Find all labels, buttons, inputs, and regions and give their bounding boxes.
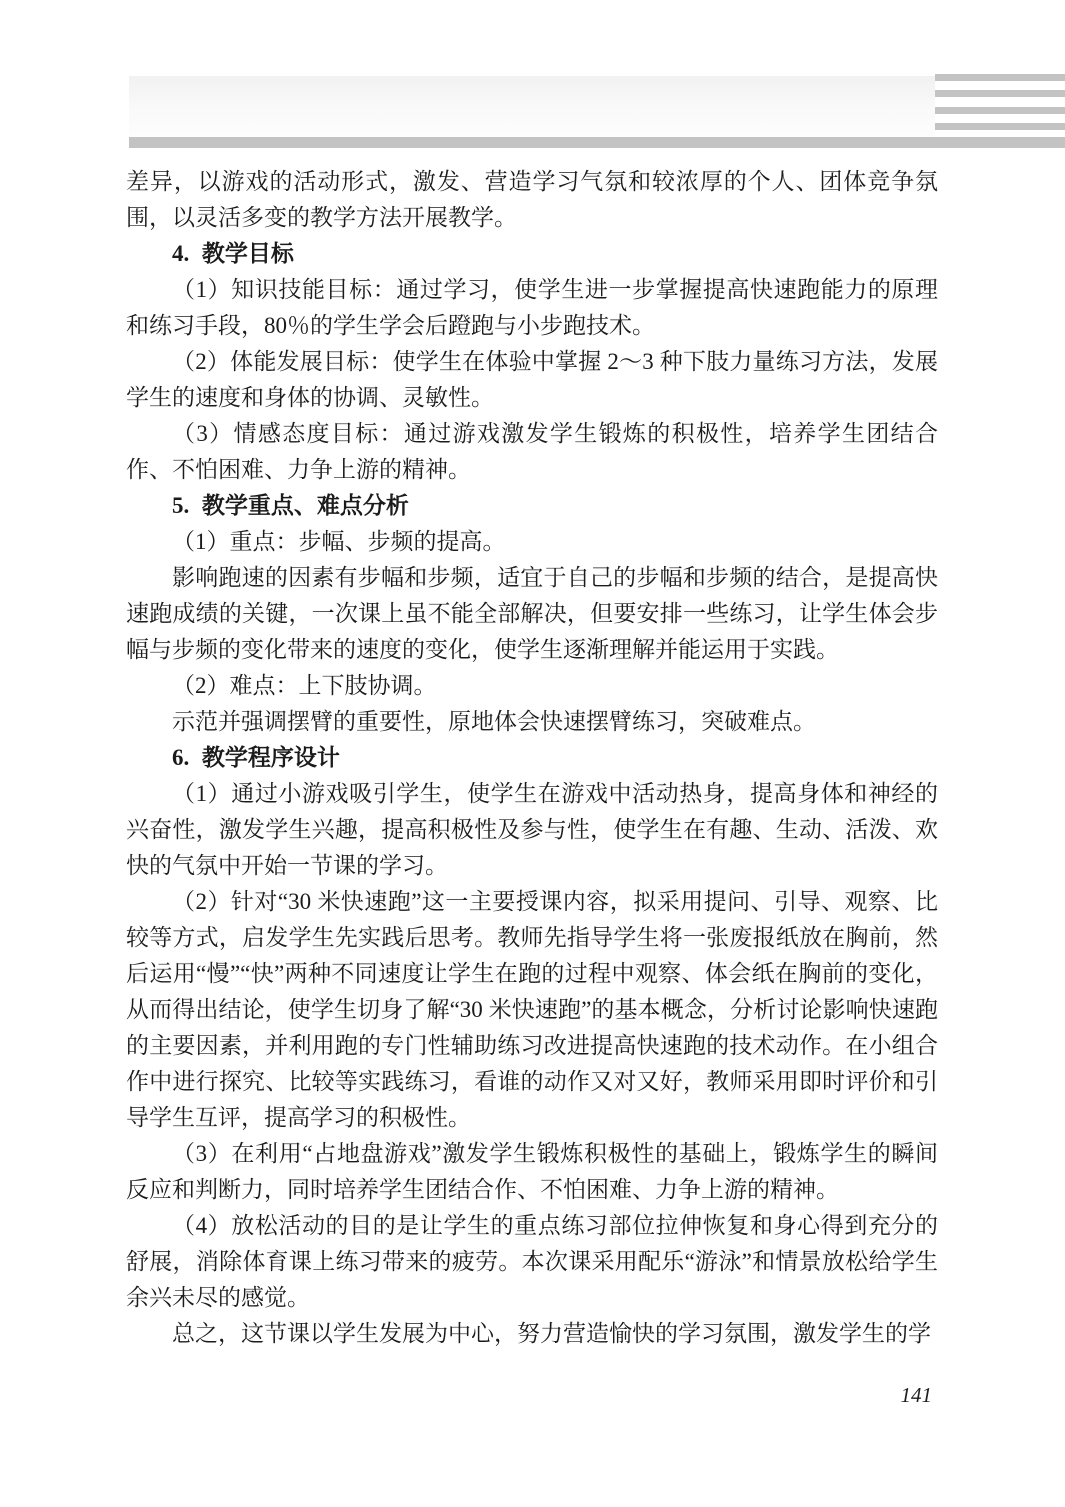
- header-stripe-2: [935, 90, 1065, 97]
- body-paragraph: （2）体能发展目标：使学生在体验中掌握 2～3 种下肢力量练习方法，发展学生的速…: [126, 344, 938, 416]
- body-paragraph: （3）情感态度目标：通过游戏激发学生锻炼的积极性，培养学生团结合作、不怕困难、力…: [126, 416, 938, 488]
- body-paragraph: （2）针对“30 米快速跑”这一主要授课内容，拟采用提问、引导、观察、比较等方式…: [126, 884, 938, 1136]
- body-paragraph: （1）通过小游戏吸引学生，使学生在游戏中活动热身，提高身体和神经的兴奋性，激发学…: [126, 776, 938, 884]
- section-heading: 5.教学重点、难点分析: [126, 488, 938, 524]
- heading-title: 教学程序设计: [202, 745, 340, 770]
- body-paragraph: （1）重点：步幅、步频的提高。: [126, 524, 938, 560]
- heading-number: 5.: [172, 493, 189, 518]
- body-paragraph: 总之，这节课以学生发展为中心，努力营造愉快的学习氛围，激发学生的学: [126, 1316, 938, 1352]
- header-gradient-band: [129, 76, 935, 137]
- body-paragraph: 影响跑速的因素有步幅和步频，适宜于自己的步幅和步频的结合，是提高快速跑成绩的关键…: [126, 560, 938, 668]
- heading-title: 教学重点、难点分析: [202, 493, 409, 518]
- body-paragraph: 差异，以游戏的活动形式，激发、营造学习气氛和较浓厚的个人、团体竞争氛围，以灵活多…: [126, 164, 938, 236]
- body-paragraph: （2）难点：上下肢协调。: [126, 668, 938, 704]
- heading-number: 4.: [172, 241, 189, 266]
- page-number: 141: [126, 1382, 932, 1408]
- header-stripe-3: [935, 107, 1065, 114]
- heading-number: 6.: [172, 745, 189, 770]
- body-paragraph: （3）在利用“占地盘游戏”激发学生锻炼积极性的基础上，锻炼学生的瞬间反应和判断力…: [126, 1136, 938, 1208]
- section-heading: 6.教学程序设计: [126, 740, 938, 776]
- document-page: 差异，以游戏的活动形式，激发、营造学习气氛和较浓厚的个人、团体竞争氛围，以灵活多…: [0, 0, 1065, 1507]
- page-body: 差异，以游戏的活动形式，激发、营造学习气氛和较浓厚的个人、团体竞争氛围，以灵活多…: [126, 164, 938, 1352]
- header-stripe-4: [935, 123, 1065, 130]
- body-paragraph: 示范并强调摆臂的重要性，原地体会快速摆臂练习，突破难点。: [126, 704, 938, 740]
- body-paragraph: （4）放松活动的目的是让学生的重点练习部位拉伸恢复和身心得到充分的舒展，消除体育…: [126, 1208, 938, 1316]
- body-paragraph: （1）知识技能目标：通过学习，使学生进一步掌握提高快速跑能力的原理和练习手段，8…: [126, 272, 938, 344]
- header-rule-bar: [129, 137, 1065, 148]
- heading-title: 教学目标: [202, 241, 294, 266]
- section-heading: 4.教学目标: [126, 236, 938, 272]
- header-stripe-1: [935, 74, 1065, 81]
